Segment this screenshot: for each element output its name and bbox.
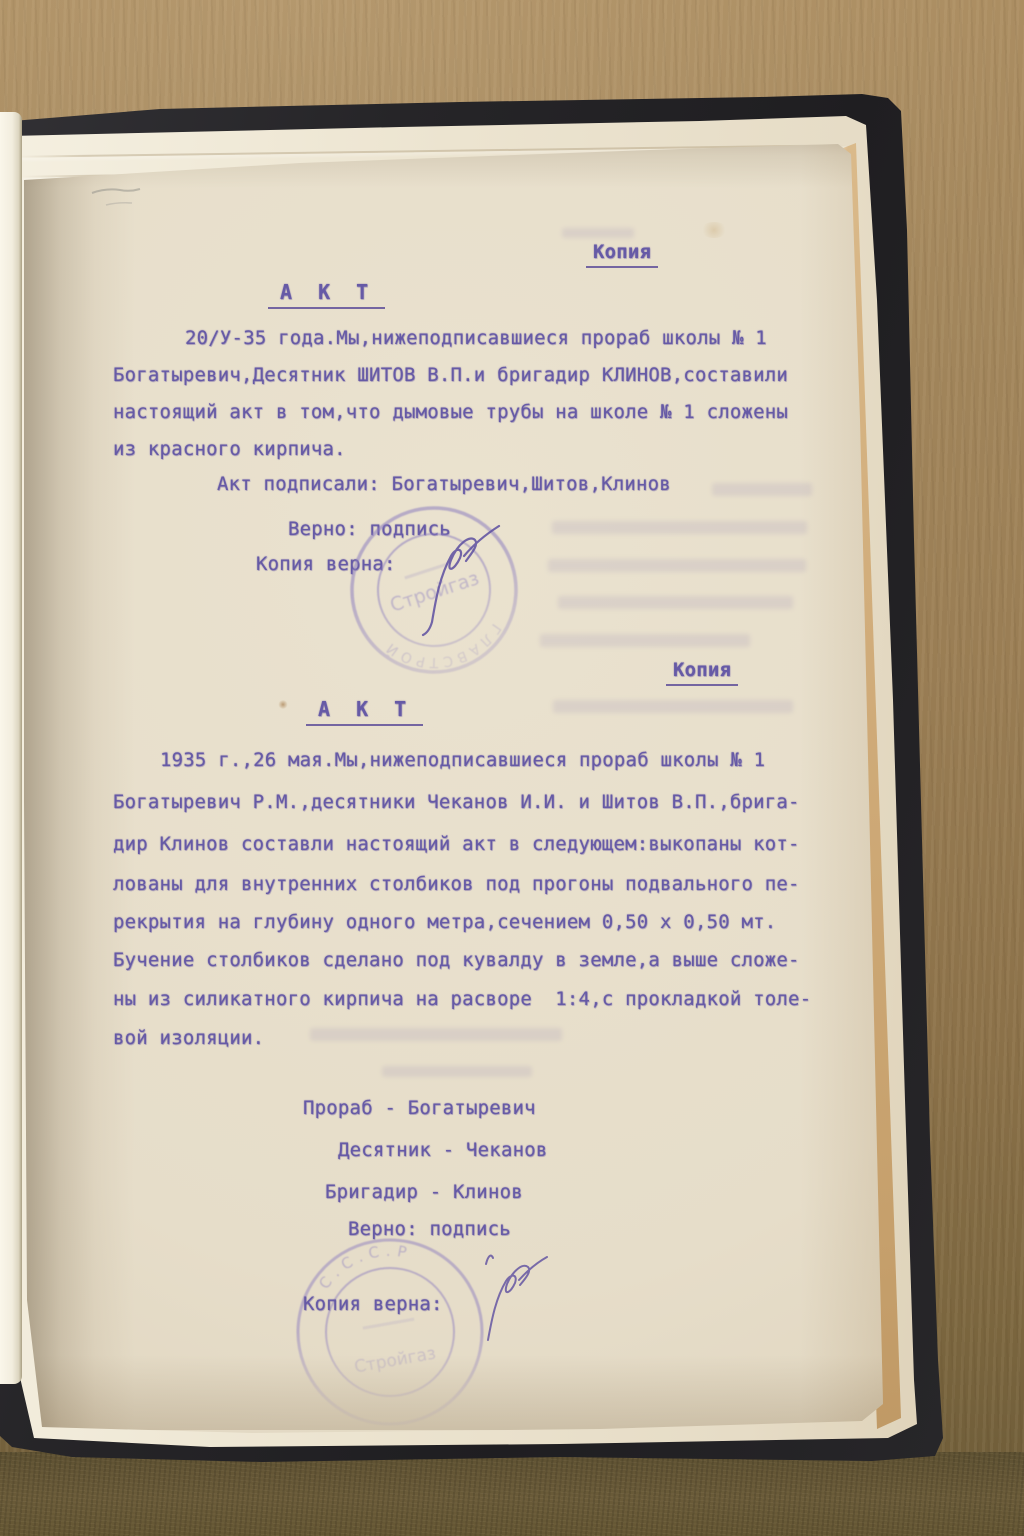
bleed-through-text (553, 700, 793, 713)
photo-scene: Копия А К Т 20/У-35 года.Мы,нижеподписав… (0, 0, 1024, 1536)
bleed-through-text (552, 521, 807, 534)
gutter-shadow (20, 140, 135, 1435)
paper-stain (278, 700, 288, 709)
paper-stain (700, 222, 728, 238)
act1-line: Богатыревич,Десятник ШИТОВ В.П.и бригади… (113, 363, 788, 387)
bleed-through-text (310, 1028, 562, 1041)
bleed-through-text (562, 228, 634, 238)
act2-heading: А К Т (306, 697, 423, 726)
act2-line: лованы для внутренних столбиков под прог… (113, 872, 800, 896)
bleed-through-text (712, 483, 812, 496)
act2-signature-line: Десятник - Чеканов (338, 1138, 548, 1162)
pencil-mark (58, 183, 178, 215)
copy-label-top: Копия (586, 240, 658, 268)
act2-line: ны из силикатного кирпича на расворе 1:4… (113, 987, 811, 1011)
table-shadow-area (0, 1452, 1024, 1536)
act2-signature-line: Прораб - Богатыревич (303, 1096, 536, 1120)
left-page-edge (0, 112, 22, 1384)
handwritten-signature (458, 1248, 563, 1358)
act2-line: Бучение столбиков сделано под кувалду в … (113, 948, 800, 972)
act1-signed-line: Акт подписали: Богатыревич,Шитов,Клинов (217, 472, 671, 496)
act2-line: дир Клинов составли настоящий акт в след… (113, 832, 800, 856)
bleed-through-text (548, 559, 806, 572)
bleed-through-text (540, 634, 750, 647)
stamp-center-text: Стройгаз (353, 1344, 438, 1378)
act1-line: настоящий акт в том,что дымовые трубы на… (113, 400, 788, 424)
act2-line: Богатыревич Р.М.,десятники Чеканов И.И. … (113, 790, 800, 814)
handwritten-signature (396, 516, 511, 641)
act2-line: 1935 г.,26 мая.Мы,нижеподписавшиеся прор… (160, 748, 765, 772)
act1-line: 20/У-35 года.Мы,нижеподписавшиеся прораб… (185, 326, 767, 350)
bleed-through-text (558, 596, 793, 609)
act2-signature-line: Бригадир - Клинов (325, 1180, 523, 1204)
act2-line: вой изоляции. (113, 1026, 264, 1050)
copy-label-mid: Копия (666, 658, 738, 686)
bleed-through-text (382, 1066, 532, 1077)
act1-line: из красного кирпича. (113, 437, 346, 461)
act1-heading: А К Т (268, 280, 385, 309)
act2-line: рекрытия на глубину одного метра,сечение… (113, 910, 776, 934)
act2-copy-certified-line: Копия верна: (303, 1292, 443, 1316)
